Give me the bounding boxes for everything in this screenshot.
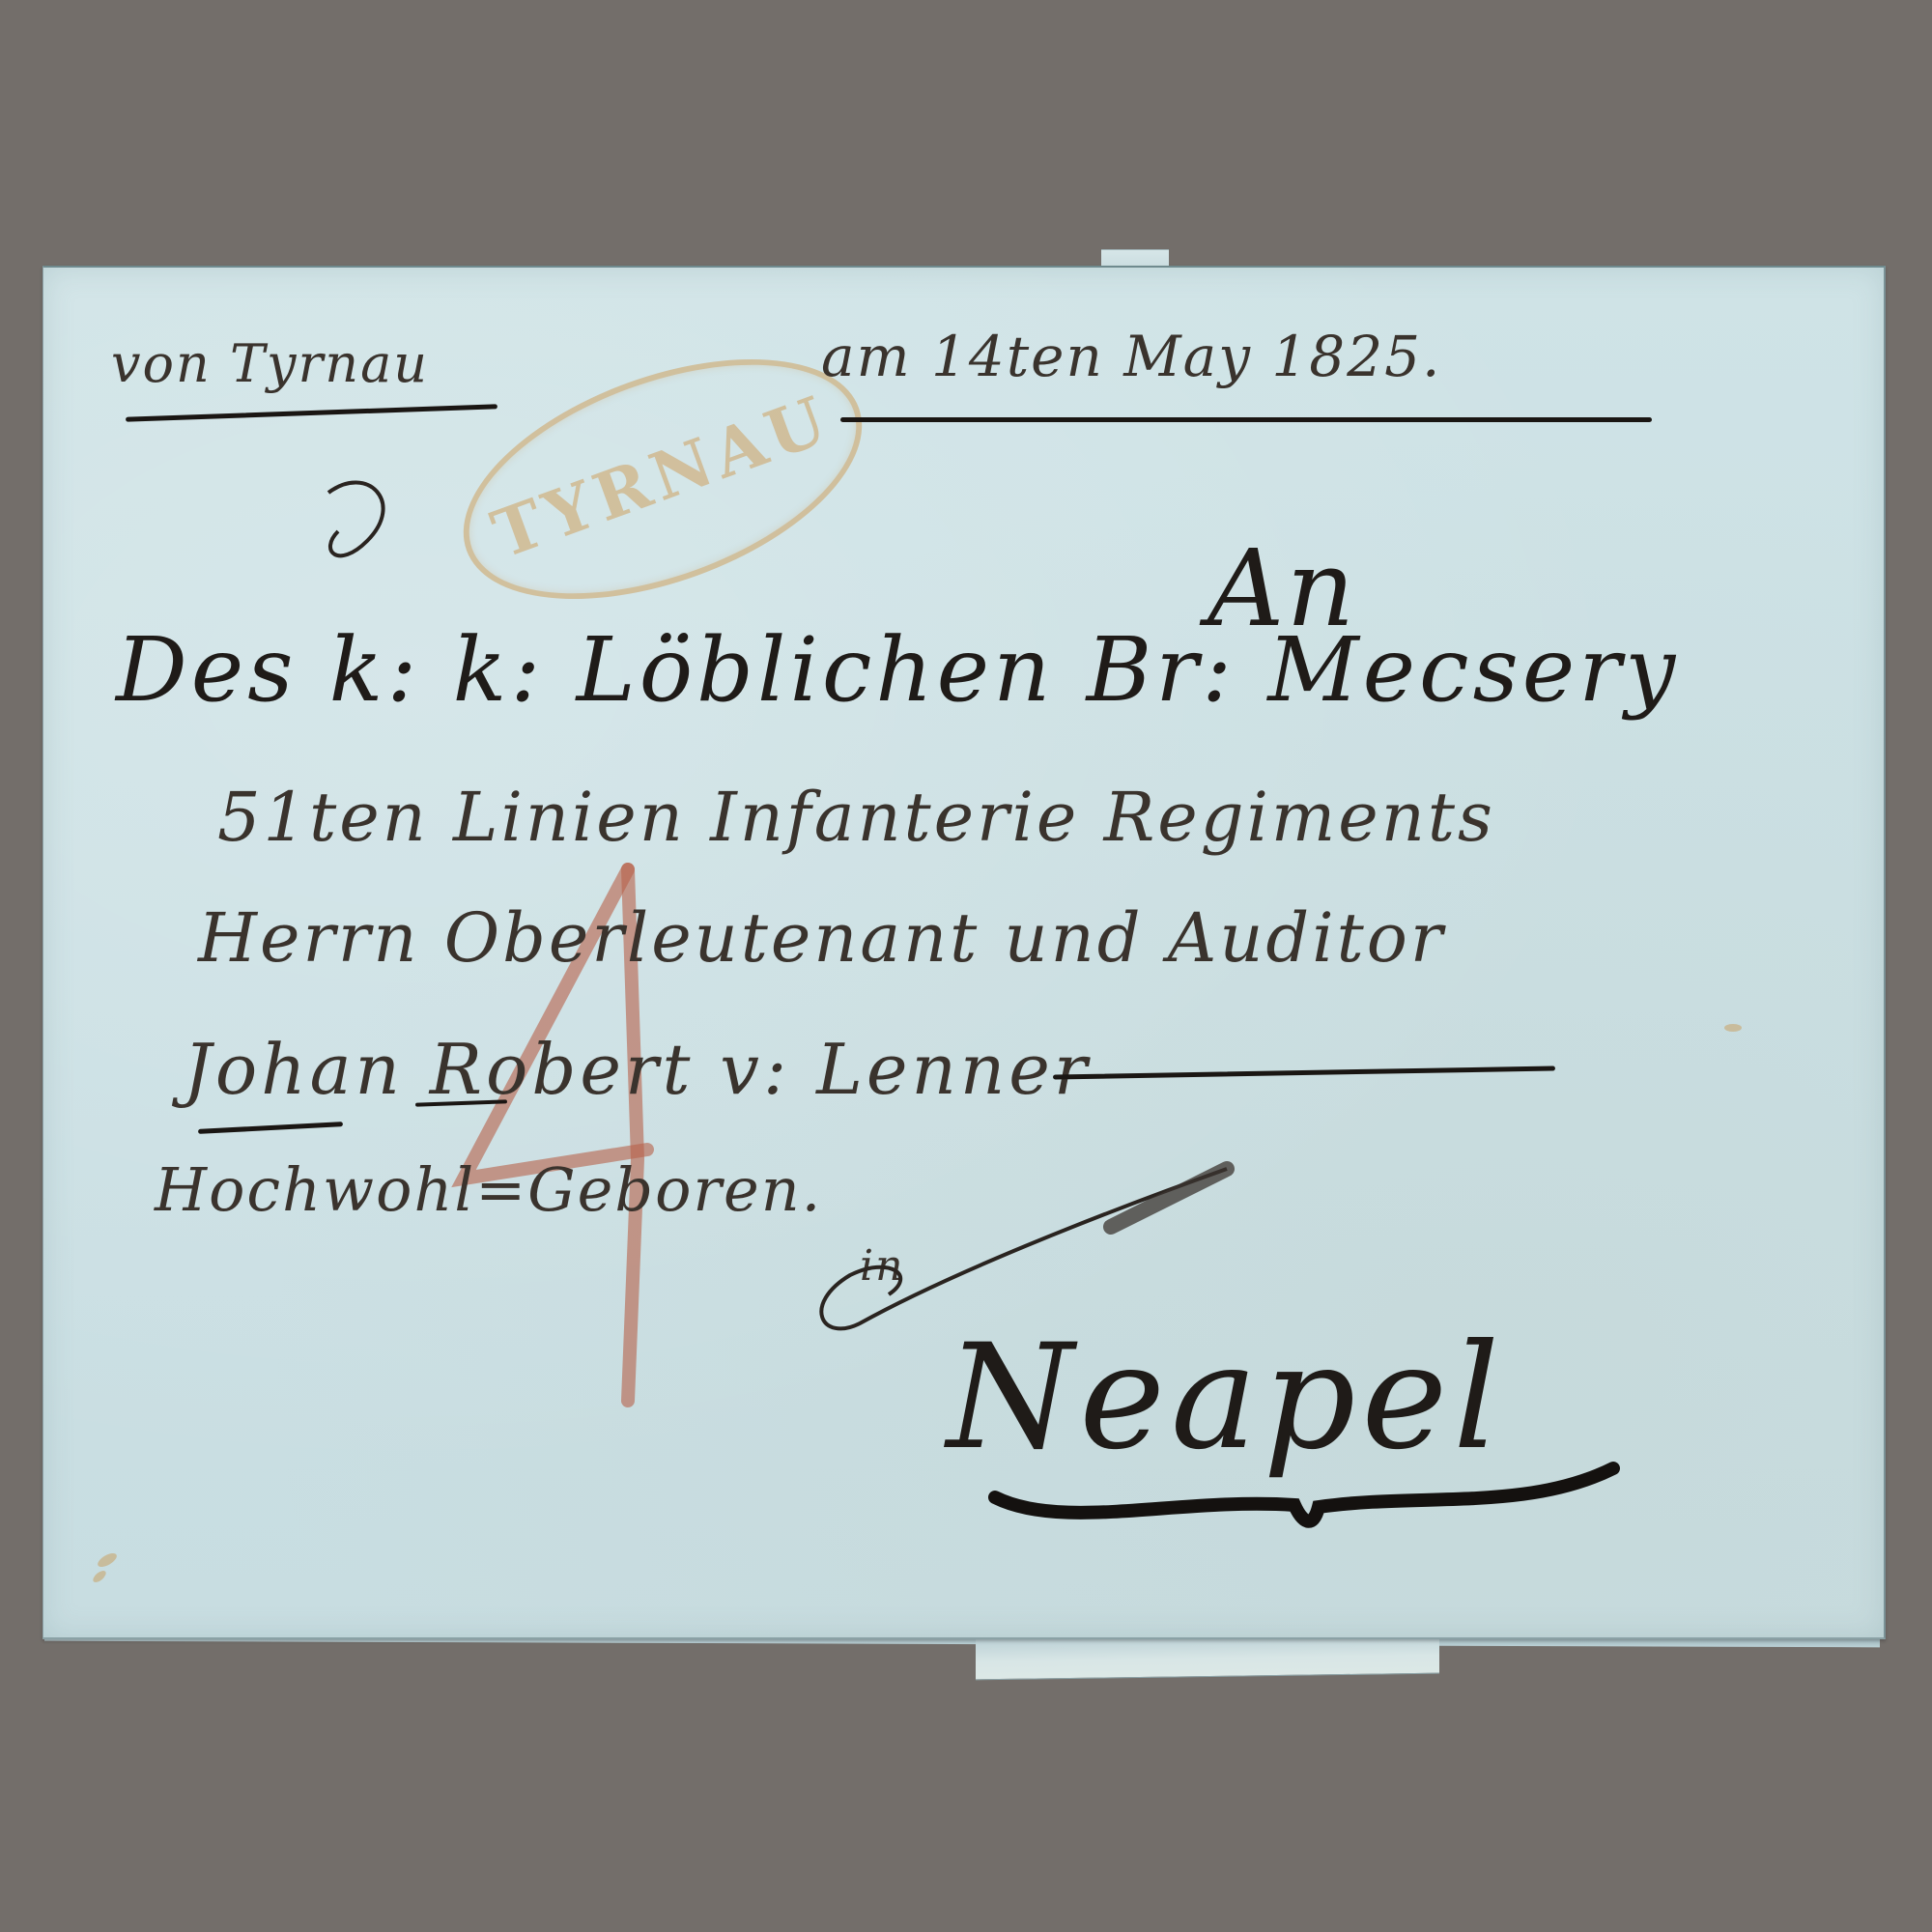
paper-stain-right	[1724, 1024, 1742, 1032]
destination-city: Neapel	[947, 1314, 1505, 1482]
address-line-2: 51ten Linien Infanterie Regiments	[217, 778, 1495, 857]
destination-prefix: in	[860, 1241, 904, 1291]
date-underline	[840, 417, 1652, 422]
address-line-1: Des k: k: Löblichen Br: Mecsery	[116, 618, 1679, 722]
address-line-4: Johan Robert v: Lenner	[184, 1029, 1091, 1110]
address-line-3: Herrn Oberleutenant und Auditor	[198, 898, 1445, 978]
scan-background: TYRNAU von Tyrnau am 14ten May 1825. An …	[0, 0, 1932, 1932]
address-line-5: Hochwohl=Geboren.	[155, 1154, 822, 1225]
origin-text: von Tyrnau	[111, 333, 429, 394]
date-text: am 14ten May 1825.	[821, 324, 1441, 389]
